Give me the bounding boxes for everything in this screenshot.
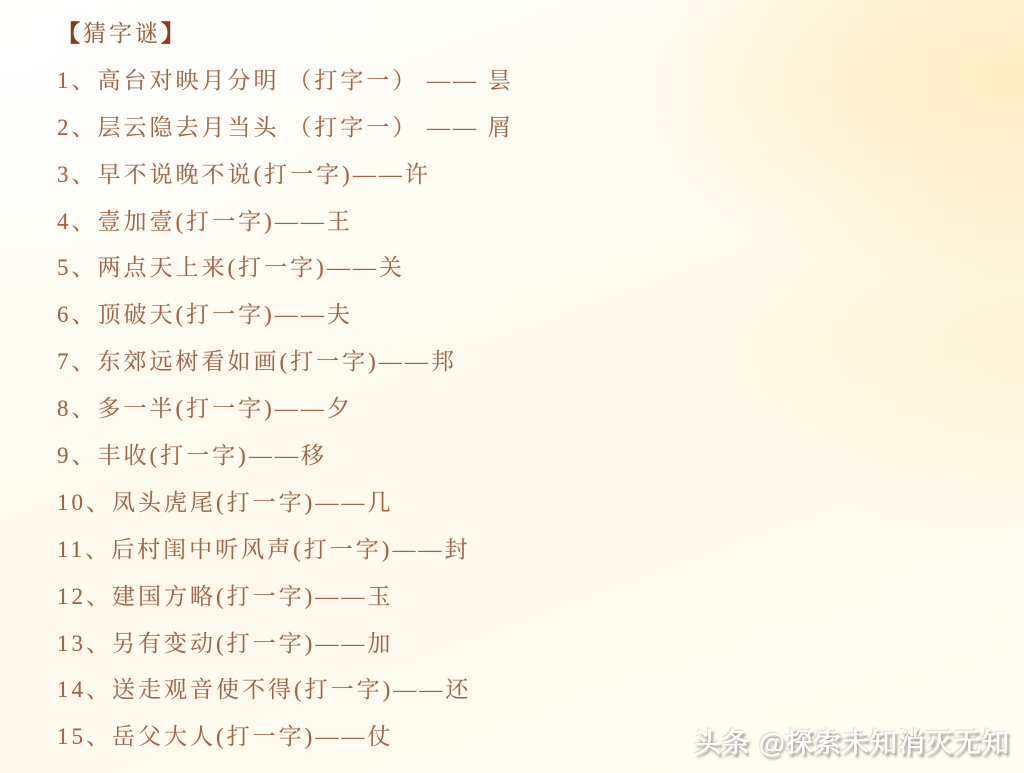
riddle-line-5: 5、两点天上来(打一字)——关: [57, 242, 1004, 289]
riddle-line-9: 9、丰收(打一字)——移: [57, 430, 1004, 477]
title-open-bracket: 【: [57, 15, 83, 48]
riddle-line-13: 13、另有变动(打一字)——加: [57, 618, 1004, 665]
riddle-line-4: 4、壹加壹(打一字)——王: [57, 196, 1004, 243]
riddle-line-1: 1、高台对映月分明 （打字一） —— 昙: [57, 55, 1004, 102]
riddle-line-8: 8、多一半(打一字)——夕: [57, 383, 1004, 430]
page-title: 【猜字谜】: [57, 8, 1004, 55]
riddle-line-12: 12、建国方略(打一字)——玉: [57, 571, 1004, 618]
toutiao-watermark: 头条 @探索未知消灭无知: [694, 721, 1010, 760]
page-title-text: 猜字谜: [83, 15, 161, 48]
riddle-line-10: 10、凤头虎尾(打一字)——几: [57, 477, 1004, 524]
title-close-bracket: 】: [161, 15, 187, 48]
riddle-line-7: 7、东郊远树看如画(打一字)——邦: [57, 336, 1004, 383]
riddle-line-3: 3、早不说晚不说(打一字)——许: [57, 149, 1004, 196]
riddle-line-2: 2、层云隐去月当头 （打字一） —— 屑: [57, 102, 1004, 149]
riddle-line-6: 6、顶破天(打一字)——夫: [57, 289, 1004, 336]
riddle-line-14: 14、送走观音使不得(打一字)——还: [57, 664, 1004, 711]
riddle-list: 【猜字谜】 1、高台对映月分明 （打字一） —— 昙 2、层云隐去月当头 （打字…: [57, 8, 1004, 758]
riddle-line-11: 11、后村闺中听风声(打一字)——封: [57, 524, 1004, 571]
